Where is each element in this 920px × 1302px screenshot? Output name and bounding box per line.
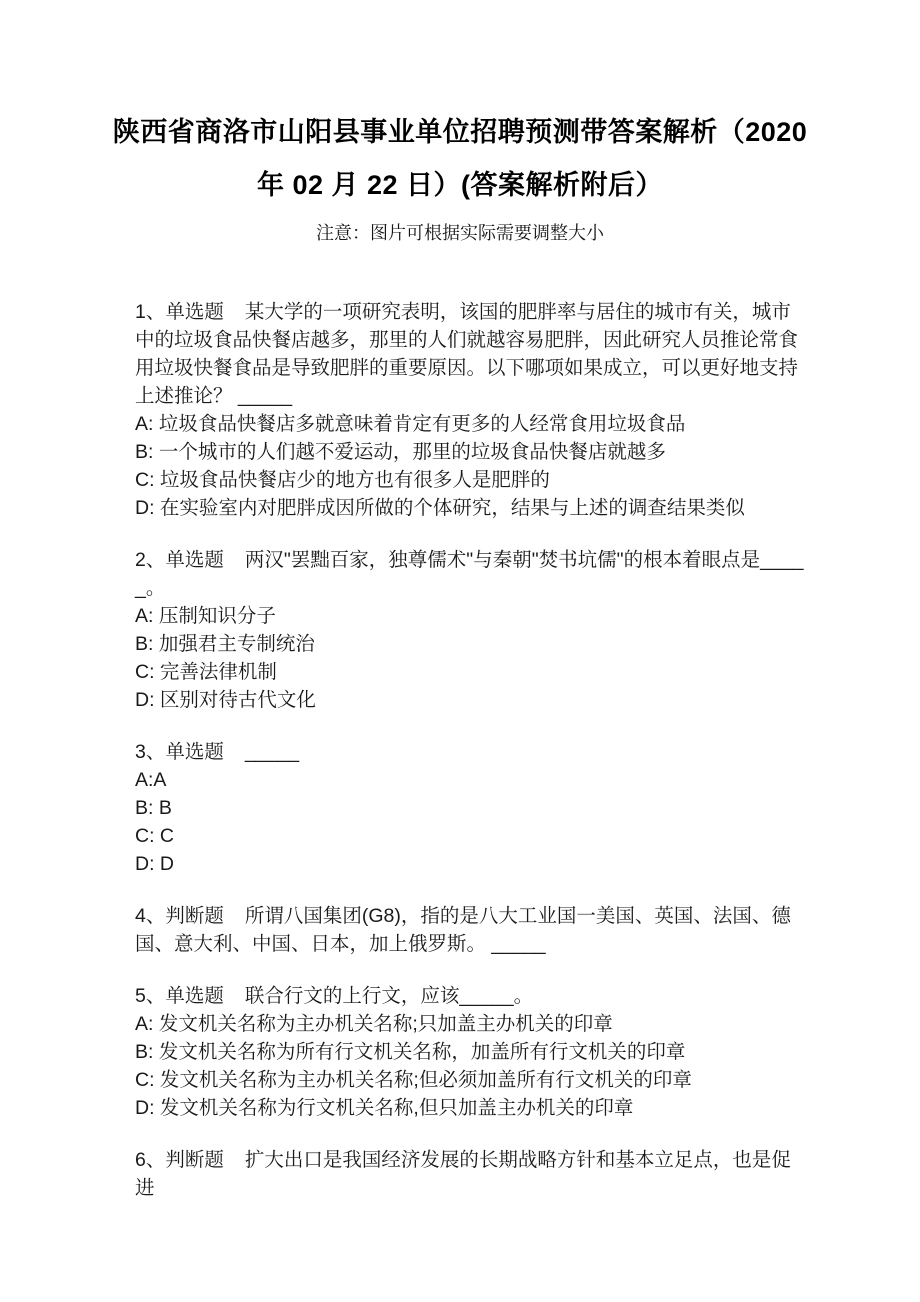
question-6-number: 6、 [135,1149,165,1171]
question-5-option-d: D: 发文机关名称为行文机关名称,但只加盖主办机关的印章 [135,1094,807,1122]
question-3-option-b: B: B [135,794,807,822]
question-5-stem: 5、单选题联合行文的上行文，应该_____。 [135,982,807,1010]
question-4-type: 判断题 [165,905,224,927]
question-6-text: 扩大出口是我国经济发展的长期战略方针和基本立足点，也是促进 [135,1149,791,1199]
question-1-option-c: C: 垃圾食品快餐店少的地方也有很多人是肥胖的 [135,466,807,494]
document-title-line1: 陕西省商洛市山阳县事业单位招聘预测带答案解析（2020 [0,106,920,159]
question-5-type: 单选题 [165,985,224,1007]
question-3-stem: 3、单选题_____ [135,738,807,766]
question-6-type: 判断题 [165,1149,224,1171]
question-5-option-c: C: 发文机关名称为主办机关名称;但必须加盖所有行文机关的印章 [135,1066,807,1094]
document-title: 陕西省商洛市山阳县事业单位招聘预测带答案解析（2020 年 02 月 22 日）… [0,0,920,212]
question-5-option-b: B: 发文机关名称为所有行文机关名称，加盖所有行文机关的印章 [135,1038,807,1066]
question-2-type: 单选题 [165,549,224,571]
question-2-option-d: D: 区别对待古代文化 [135,686,807,714]
question-3-option-d: D: D [135,850,807,878]
question-4-stem: 4、判断题所谓八国集团(G8)，指的是八大工业国一美国、英国、法国、德国、意大利… [135,902,807,958]
question-3-option-c: C: C [135,822,807,850]
question-4: 4、判断题所谓八国集团(G8)，指的是八大工业国一美国、英国、法国、德国、意大利… [135,902,807,958]
document-page: 陕西省商洛市山阳县事业单位招聘预测带答案解析（2020 年 02 月 22 日）… [0,0,920,1302]
question-2-text: 两汉"罢黜百家，独尊儒术"与秦朝"焚书坑儒"的根本着眼点是_____。 [135,549,803,599]
question-5: 5、单选题联合行文的上行文，应该_____。 A: 发文机关名称为主办机关名称;… [135,982,807,1122]
question-1-option-a: A: 垃圾食品快餐店多就意味着肯定有更多的人经常食用垃圾食品 [135,410,807,438]
question-4-text: 所谓八国集团(G8)，指的是八大工业国一美国、英国、法国、德国、意大利、中国、日… [135,905,791,955]
document-title-line2: 年 02 月 22 日）(答案解析附后） [0,159,920,212]
question-3-text: _____ [245,741,299,763]
question-2-option-b: B: 加强君主专制统治 [135,630,807,658]
question-2-option-a: A: 压制知识分子 [135,602,807,630]
question-2-option-c: C: 完善法律机制 [135,658,807,686]
question-1-stem: 1、单选题某大学的一项研究表明，该国的肥胖率与居住的城市有关，城市中的垃圾食品快… [135,298,807,410]
notice-text: 注意：图片可根据实际需要调整大小 [0,220,920,246]
question-1-number: 1、 [135,301,165,323]
question-2: 2、单选题两汉"罢黜百家，独尊儒术"与秦朝"焚书坑儒"的根本着眼点是_____。… [135,546,807,714]
question-6: 6、判断题扩大出口是我国经济发展的长期战略方针和基本立足点，也是促进 [135,1146,807,1202]
question-3-option-a: A:A [135,766,807,794]
question-5-number: 5、 [135,985,165,1007]
question-1-option-d: D: 在实验室内对肥胖成因所做的个体研究，结果与上述的调查结果类似 [135,494,807,522]
question-3: 3、单选题_____ A:A B: B C: C D: D [135,738,807,878]
question-1-type: 单选题 [165,301,224,323]
question-4-number: 4、 [135,905,165,927]
question-1-text: 某大学的一项研究表明，该国的肥胖率与居住的城市有关，城市中的垃圾食品快餐店越多，… [135,301,798,407]
question-5-option-a: A: 发文机关名称为主办机关名称;只加盖主办机关的印章 [135,1010,807,1038]
question-list: 1、单选题某大学的一项研究表明，该国的肥胖率与居住的城市有关，城市中的垃圾食品快… [135,298,807,1202]
question-3-number: 3、 [135,741,165,763]
question-2-number: 2、 [135,549,165,571]
question-6-stem: 6、判断题扩大出口是我国经济发展的长期战略方针和基本立足点，也是促进 [135,1146,807,1202]
question-1: 1、单选题某大学的一项研究表明，该国的肥胖率与居住的城市有关，城市中的垃圾食品快… [135,298,807,522]
question-5-text: 联合行文的上行文，应该_____。 [245,985,533,1007]
question-1-option-b: B: 一个城市的人们越不爱运动，那里的垃圾食品快餐店就越多 [135,438,807,466]
question-3-type: 单选题 [165,741,224,763]
question-2-stem: 2、单选题两汉"罢黜百家，独尊儒术"与秦朝"焚书坑儒"的根本着眼点是_____。 [135,546,807,602]
